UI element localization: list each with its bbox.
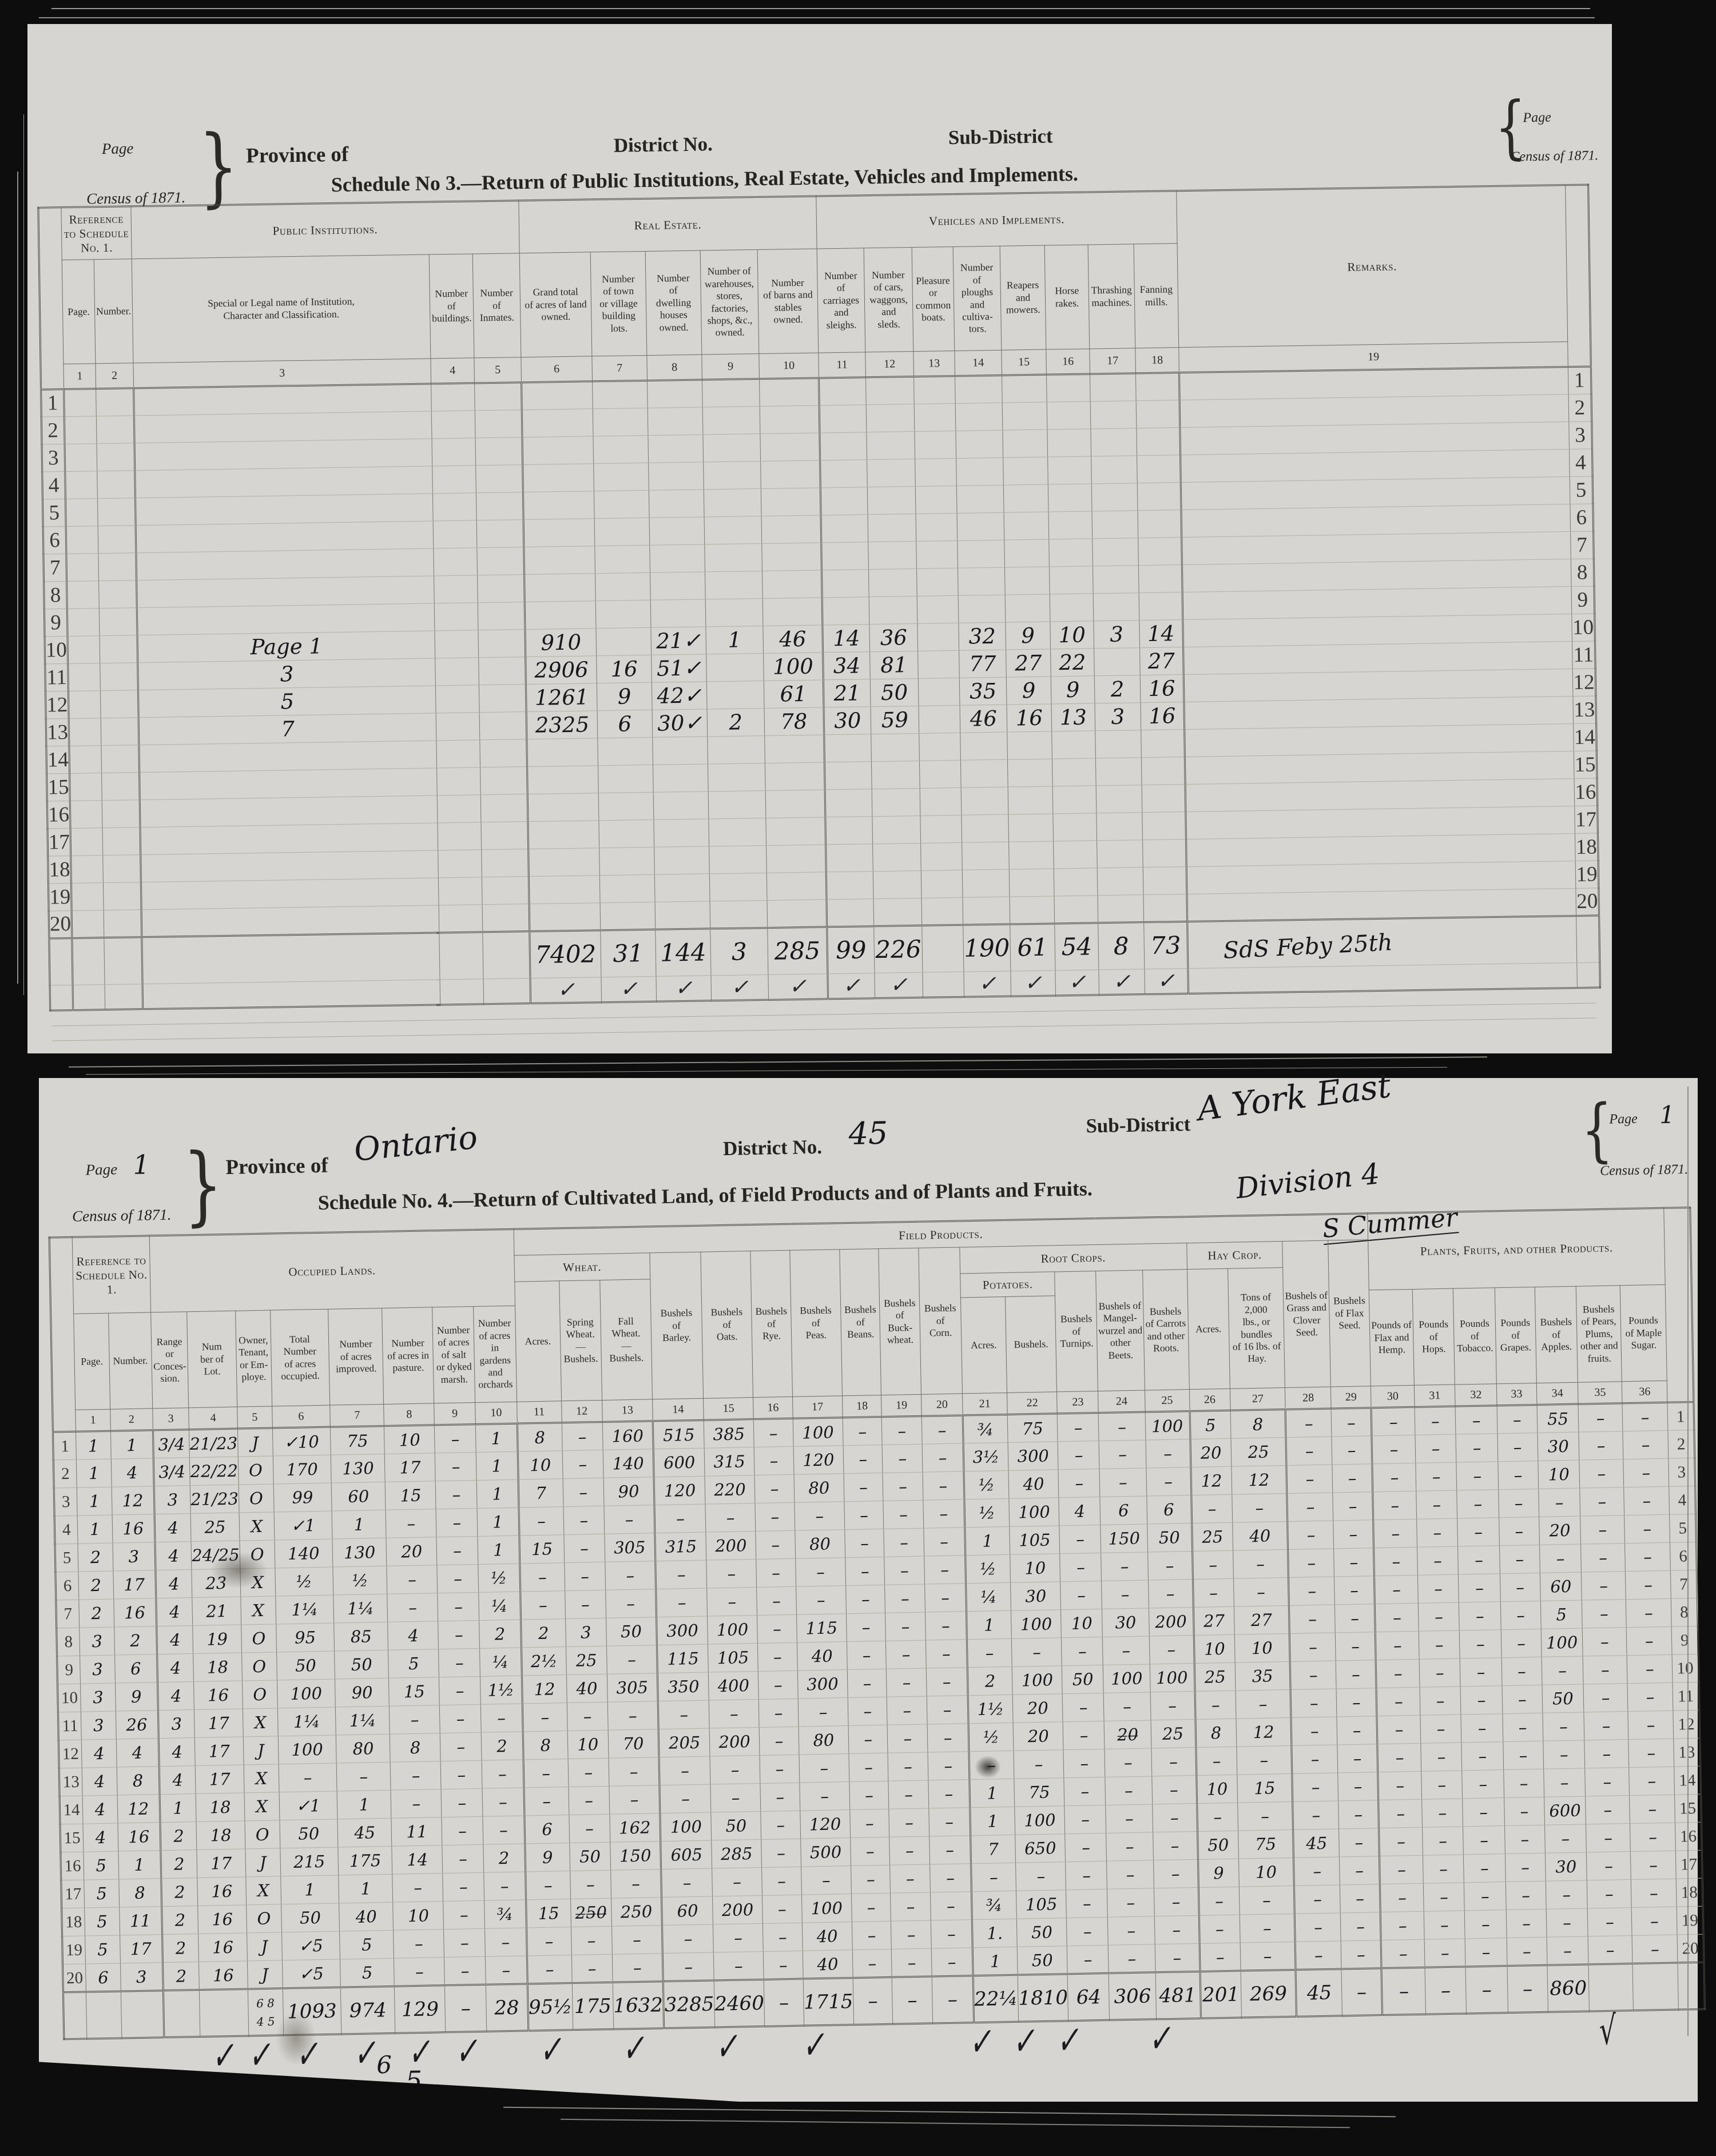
sheet-edge-line xyxy=(1687,1087,1689,2036)
cell-r5-c31: – xyxy=(1417,1518,1458,1547)
cell-r20-c13 xyxy=(921,897,963,925)
cell-r9-c23: – xyxy=(1062,1637,1103,1665)
cell-r3-c5: O xyxy=(239,1484,274,1513)
cell-r2-c5 xyxy=(475,410,522,438)
cell-r1-c10: 1 xyxy=(476,1423,518,1452)
cell-r5-c17 xyxy=(1091,483,1138,511)
cell-r14-c25: – xyxy=(1151,1775,1197,1804)
cell-r7-c5: X xyxy=(241,1596,276,1625)
cell-r3-c9 xyxy=(703,433,761,462)
cell-r5-c32: – xyxy=(1457,1518,1500,1546)
cell-r2-c21: 3½ xyxy=(963,1442,1008,1471)
cell-r4-c15: – xyxy=(705,1503,756,1533)
cell-r18-c10 xyxy=(766,845,827,873)
cell-r12-c5 xyxy=(479,685,526,713)
check-c3 xyxy=(142,980,440,1009)
column-number: 1 xyxy=(63,364,96,389)
cell-r19-c16: – xyxy=(763,1923,803,1951)
cell-r6-c11: – xyxy=(519,1563,565,1592)
cell-r15-c26: – xyxy=(1197,1803,1238,1831)
row-number-right: 1 xyxy=(1667,1402,1694,1430)
col-page: Page. xyxy=(74,1313,110,1410)
cell-r17-c9 xyxy=(709,818,766,846)
row-number-right: 16 xyxy=(1574,778,1598,806)
cell-r4-c4: 25 xyxy=(190,1513,239,1542)
cell-r5-c5: O xyxy=(240,1540,275,1569)
cell-r11-c33: – xyxy=(1502,1685,1543,1713)
cell-r3-c5 xyxy=(475,437,523,466)
cell-r9-c3: 4 xyxy=(157,1654,193,1682)
total-c12: 175 xyxy=(572,1982,614,2030)
cell-r6-c35: – xyxy=(1581,1544,1626,1572)
cell-r3-c36: – xyxy=(1623,1458,1669,1487)
cell-r12-c10: 2 xyxy=(481,1732,523,1760)
cell-r13-c27: – xyxy=(1237,1745,1292,1775)
cell-r12-c14: 35 xyxy=(959,677,1007,705)
row-number-left: 14 xyxy=(46,746,70,774)
cell-r5-c3: 4 xyxy=(155,1542,192,1570)
cell-r19-c17: 40 xyxy=(802,1922,852,1951)
cell-r19-c14: – xyxy=(662,1924,713,1954)
cell-r19-c23: – xyxy=(1067,1917,1109,1946)
margin-check-c11: ✓ xyxy=(530,2026,571,2073)
cell-r11-c23: – xyxy=(1063,1693,1105,1721)
cell-r9-c11 xyxy=(822,597,869,625)
cell-r11-c34: 50 xyxy=(1542,1684,1584,1713)
cell-r17-c31: – xyxy=(1423,1855,1464,1883)
cell-r4-c11 xyxy=(820,460,868,488)
cell-r3-c14 xyxy=(956,430,1003,458)
cell-r2-c1: 1 xyxy=(77,1459,112,1487)
cell-r15-c25: – xyxy=(1152,1803,1197,1832)
cell-r15-c6: 50 xyxy=(280,1819,338,1848)
cell-r2-c34: 30 xyxy=(1538,1432,1580,1461)
cell-r12-c6: 1261 xyxy=(526,683,597,712)
check-c4 xyxy=(440,979,484,1005)
cell-r2-c4: 22/22 xyxy=(190,1457,239,1486)
cell-r16-c1: 5 xyxy=(84,1851,118,1880)
cell-r3-c26: 12 xyxy=(1191,1466,1232,1495)
cell-r3-c14: 120 xyxy=(654,1476,705,1505)
total-c15: 61 xyxy=(1010,924,1055,971)
cell-r7-c36: – xyxy=(1625,1570,1671,1599)
cell-r20-c30: – xyxy=(1381,1939,1425,1968)
corner-page-label: Page xyxy=(1609,1112,1638,1128)
cell-r9-c15: 105 xyxy=(708,1643,758,1672)
cell-r14-c28: – xyxy=(1292,1773,1338,1801)
row-number-right: 12 xyxy=(1673,1710,1699,1739)
row-number-left: 8 xyxy=(44,581,67,609)
cell-r11-c10: 100 xyxy=(764,653,824,681)
cell-r16-c3 xyxy=(140,795,438,828)
cell-r1-c17: 100 xyxy=(793,1418,843,1447)
cell-r16-c14 xyxy=(961,787,1008,815)
group-reference: Reference to Schedule No. 1. xyxy=(61,206,132,260)
cell-r18-c6: 50 xyxy=(281,1903,339,1932)
row-number-left: 7 xyxy=(43,554,67,582)
cell-r12-c18: 16 xyxy=(1140,675,1184,703)
cell-r2-c5: O xyxy=(238,1456,273,1485)
cell-r12-c24: 2̶0̶ xyxy=(1105,1720,1151,1749)
total-c34: 860 xyxy=(1547,1964,1590,2012)
col-buildings: Number of buildings. xyxy=(429,254,474,359)
cell-r10-c18: – xyxy=(847,1669,887,1697)
cell-r13-c14: – xyxy=(659,1756,710,1785)
cell-r13-c8: 30✓ xyxy=(652,709,708,737)
cell-r18-c24: – xyxy=(1107,1888,1154,1917)
cell-r16-c15 xyxy=(1008,786,1053,814)
cell-r7-c9 xyxy=(705,543,762,571)
subdistrict-handwritten: A York East xyxy=(1195,1066,1393,1128)
cell-r5-c8: 20 xyxy=(386,1537,437,1566)
cell-r13-c29: – xyxy=(1337,1744,1378,1773)
cell-r6-c18: – xyxy=(845,1557,885,1585)
cell-r2-c33: – xyxy=(1497,1433,1538,1461)
row-number-right: 2 xyxy=(1568,394,1592,422)
cell-r8-c22: 100 xyxy=(1011,1610,1061,1639)
cell-r19-c30: – xyxy=(1380,1911,1424,1940)
column-number: 9 xyxy=(702,353,760,379)
margin-check-c17: ✓ xyxy=(790,2021,836,2068)
cell-r9-c9 xyxy=(705,598,763,626)
cell-r1-c34: 55 xyxy=(1537,1404,1579,1433)
cell-r15-c5: O xyxy=(245,1820,280,1849)
cell-r13-c17: – xyxy=(799,1754,849,1783)
cell-r11-c13: – xyxy=(607,1701,658,1731)
cell-r3-c2 xyxy=(97,443,135,471)
corner-brace: { xyxy=(1580,1096,1613,1165)
cell-r8-c3 xyxy=(137,576,435,608)
cell-r10-c6: 100 xyxy=(277,1679,335,1708)
page-label: Page xyxy=(102,140,134,158)
col-grapes: Pounds of Grapes. xyxy=(1495,1287,1536,1383)
cell-r16-c6 xyxy=(527,793,599,822)
cell-r2-c13 xyxy=(914,403,956,431)
group-hay-crop: Hay Crop. xyxy=(1186,1242,1283,1270)
cell-r7-c20: – xyxy=(925,1584,966,1612)
cell-r10-c28: – xyxy=(1290,1661,1336,1689)
cell-r15-c7: 45 xyxy=(337,1818,392,1847)
column-number: 6 xyxy=(272,1405,330,1428)
cell-r8-c32: – xyxy=(1459,1602,1501,1630)
cell-r1-c5 xyxy=(475,383,522,411)
total-c12: 226 xyxy=(874,925,923,973)
total-c26: 201 xyxy=(1200,1971,1242,2018)
row-number-right: 7 xyxy=(1671,1570,1697,1598)
column-number: 32 xyxy=(1455,1384,1497,1406)
cell-r17-c36: – xyxy=(1630,1851,1676,1879)
cell-r20-c5 xyxy=(482,904,530,932)
cell-r8-c17: 115 xyxy=(796,1614,847,1643)
cell-r1-c17 xyxy=(1090,373,1136,401)
total-c5 xyxy=(483,932,530,979)
cell-r8-c24: 30 xyxy=(1102,1608,1149,1637)
total-c16: 54 xyxy=(1055,923,1099,970)
cell-r12-c4 xyxy=(435,685,479,713)
cell-r12-c1 xyxy=(68,691,101,719)
cell-r19-c7: 5 xyxy=(340,1930,394,1959)
total-c15: 2460 xyxy=(714,1979,765,2027)
cell-r10-c16: 10 xyxy=(1050,621,1094,649)
cell-r12-c14: 205 xyxy=(658,1728,709,1757)
cell-r14-c11 xyxy=(824,734,872,762)
row-number-left: 13 xyxy=(46,718,69,746)
cell-r2-c12 xyxy=(866,404,915,432)
cell-r19-c9 xyxy=(709,873,767,901)
total-c9: – xyxy=(445,1984,487,2032)
cell-r16-c17 xyxy=(1096,785,1142,813)
cell-r4-c9: – xyxy=(436,1508,478,1537)
cell-r8-c13: 50 xyxy=(606,1617,657,1646)
col-fanning-mills: Fanning mills. xyxy=(1134,244,1179,348)
cell-r11-c14: 77 xyxy=(959,650,1007,678)
cell-r18-c14: 60 xyxy=(662,1896,713,1926)
cell-r14-c12: – xyxy=(569,1786,610,1815)
cell-r7-c2 xyxy=(98,553,137,581)
cell-r5-c11 xyxy=(820,487,868,515)
cell-r12-c15: 200 xyxy=(709,1727,760,1756)
cell-r4-c7 xyxy=(594,463,649,491)
cell-r15-c31: – xyxy=(1422,1799,1463,1827)
cell-r15-c34: 600 xyxy=(1544,1796,1586,1825)
margin-check-c14 xyxy=(654,2023,702,2071)
cell-r7-c7 xyxy=(595,545,650,573)
cell-r3-c6 xyxy=(522,436,594,465)
col-turnips: Bushels of Turnips. xyxy=(1055,1271,1098,1392)
cell-r2-c11 xyxy=(819,405,867,433)
column-number: 8 xyxy=(647,355,702,380)
cell-r13-c11: – xyxy=(523,1759,569,1788)
cell-r20-c17: 40 xyxy=(803,1950,853,1979)
cell-r14-c1 xyxy=(69,746,102,774)
cell-r17-c5: X xyxy=(246,1876,281,1905)
cell-r14-c31: – xyxy=(1421,1771,1463,1799)
row-number-right: 4 xyxy=(1569,449,1592,477)
col-acres-owned: Grand total of acres of land owned. xyxy=(519,252,592,357)
cell-r15-c18: – xyxy=(850,1809,889,1837)
check-c11: ✓ xyxy=(828,973,875,999)
column-number: 8 xyxy=(384,1403,435,1426)
cell-r12-c32: – xyxy=(1461,1714,1503,1743)
cell-r15-c9: – xyxy=(442,1816,483,1845)
cell-r4-c20: – xyxy=(923,1499,964,1528)
cell-r18-c33: – xyxy=(1506,1881,1546,1910)
cell-r19-c20: – xyxy=(931,1920,972,1948)
cell-r11-c18: 27 xyxy=(1140,647,1184,675)
cell-r14-c4: 18 xyxy=(196,1793,244,1822)
cell-r10-c8: 21✓ xyxy=(651,627,706,655)
cell-r8-c13 xyxy=(916,568,958,596)
cell-r13-c1: 4 xyxy=(82,1767,117,1796)
cell-r6-c17 xyxy=(1092,511,1138,539)
cell-r10-c24: 100 xyxy=(1103,1664,1150,1693)
cell-r1-c3 xyxy=(134,384,432,416)
cell-r1-c6: ✓10 xyxy=(272,1427,331,1456)
cell-r13-c21: – xyxy=(969,1751,1014,1779)
cell-r3-c8 xyxy=(648,435,704,463)
column-number: 17 xyxy=(792,1396,843,1419)
cell-r18-c30: – xyxy=(1380,1883,1424,1912)
cell-r15-c24: – xyxy=(1106,1804,1153,1833)
cell-r10-c3: Page 1 xyxy=(137,631,435,663)
cell-r20-c27: – xyxy=(1240,1942,1296,1971)
row-number-left: 17 xyxy=(47,828,71,856)
column-number: 2 xyxy=(110,1409,153,1431)
cell-r14-c3 xyxy=(139,741,437,773)
cell-r14-c7: 1 xyxy=(337,1790,391,1819)
row-number-right: 18 xyxy=(1575,833,1598,861)
column-number: 20 xyxy=(921,1394,963,1416)
row-number-left: 6 xyxy=(43,527,66,555)
cell-r9-c19: – xyxy=(886,1640,927,1669)
cell-r1-c15 xyxy=(1002,375,1047,403)
cell-r19-c17 xyxy=(1097,868,1143,896)
cell-r4-c8: – xyxy=(386,1509,436,1538)
cell-r9-c18: – xyxy=(847,1641,887,1669)
cell-r9-c12 xyxy=(869,596,917,624)
col-salt-marsh: Number of acres of salt or dyked marsh. xyxy=(432,1306,475,1403)
cell-r4-c1 xyxy=(65,471,98,499)
cell-r12-c27: 12 xyxy=(1236,1717,1292,1747)
cell-r1-c11: 8 xyxy=(517,1423,562,1451)
cell-r3-c1 xyxy=(65,444,97,472)
cell-r4-c19: – xyxy=(883,1500,924,1529)
cell-r16-c24: – xyxy=(1106,1832,1153,1861)
cell-r20-c4 xyxy=(439,905,483,933)
cell-r19-c33: – xyxy=(1506,1909,1547,1938)
cell-r13-c33: – xyxy=(1503,1741,1544,1769)
cell-r12-c36: – xyxy=(1628,1711,1674,1739)
district-label: District No. xyxy=(723,1136,823,1160)
cell-r1-c10 xyxy=(759,378,819,407)
cell-r10-c5 xyxy=(478,630,526,658)
cell-r4-c33: – xyxy=(1499,1489,1539,1517)
column-number: 12 xyxy=(561,1400,602,1422)
schedule-4-title: Schedule No. 4.—Return of Cultivated Lan… xyxy=(317,1176,1093,1215)
cell-r10-c15: 400 xyxy=(708,1671,758,1700)
cell-r3-c21: ½ xyxy=(964,1470,1009,1499)
cell-r1-c2: 1 xyxy=(110,1430,153,1459)
column-number: 5 xyxy=(474,357,522,383)
row-number-left: 5 xyxy=(55,1544,78,1572)
cell-r19-c11: – xyxy=(526,1927,571,1956)
col-beans: Bushels of Beans. xyxy=(840,1248,881,1395)
cell-r16-c35: – xyxy=(1586,1824,1631,1852)
cell-r10-c35: – xyxy=(1583,1656,1627,1684)
schedule-4-header: Reference to Schedule No. 1. Occupied La… xyxy=(49,1207,1694,1432)
col-potato-acres: Acres. xyxy=(960,1296,1007,1393)
row-number-right: 8 xyxy=(1671,1598,1698,1626)
cell-r18-c23: – xyxy=(1066,1889,1108,1918)
cell-r6-c23: – xyxy=(1060,1553,1102,1581)
schedule-4-table: Reference to Schedule No. 1. Occupied La… xyxy=(49,1207,1706,2040)
cell-r14-c24: – xyxy=(1105,1776,1152,1805)
cell-r11-c20: – xyxy=(927,1696,968,1724)
schedule-3-content: Page Census of 1871. } Province of Distr… xyxy=(20,1,1619,1053)
cell-r13-c3: 7 xyxy=(138,713,436,745)
total-c18: – xyxy=(853,1977,893,2024)
cell-r9-c6: 50 xyxy=(276,1651,335,1680)
cell-r15-c11 xyxy=(824,762,872,790)
cell-r8-c4 xyxy=(434,575,478,603)
cell-r14-c12 xyxy=(871,733,920,761)
cell-r9-c20: – xyxy=(926,1640,967,1668)
cell-r15-c8 xyxy=(653,764,708,792)
cell-r18-c29: – xyxy=(1340,1884,1381,1913)
cell-r9-c21: – xyxy=(967,1638,1012,1667)
cell-r16-c14: 605 xyxy=(661,1840,712,1869)
cell-r16-c4: 17 xyxy=(197,1849,245,1878)
cell-r10-c33: – xyxy=(1501,1657,1542,1685)
cell-r8-c27: 27 xyxy=(1234,1605,1289,1634)
column-number: 24 xyxy=(1098,1390,1145,1413)
cell-r13-c2 xyxy=(101,718,139,746)
cell-r15-c16: – xyxy=(761,1811,800,1839)
cell-r14-c5 xyxy=(480,739,527,767)
column-number: 21 xyxy=(962,1393,1007,1415)
cell-r11-c29: – xyxy=(1336,1688,1377,1717)
scanned-census-register: { "s3": { "hdr": { "page": "Page", "cens… xyxy=(0,0,1716,2156)
cell-r8-c23: 10 xyxy=(1061,1609,1103,1637)
cell-r16-c23: – xyxy=(1065,1833,1107,1861)
cell-r20-c5: J xyxy=(247,1960,283,1989)
total-c22: 1810 xyxy=(1018,1974,1068,2022)
row-number-right: 10 xyxy=(1672,1654,1698,1682)
row-number-left: 7 xyxy=(56,1600,80,1628)
row-number-left: 18 xyxy=(62,1908,85,1936)
cell-r15-c3: 2 xyxy=(160,1822,197,1851)
cell-r2-c15: 315 xyxy=(704,1447,754,1477)
total-c35 xyxy=(1588,1964,1633,2011)
check-c12: ✓ xyxy=(875,972,923,998)
check-c16: ✓ xyxy=(1055,970,1099,996)
cell-r10-c15: 9 xyxy=(1006,622,1051,650)
row-margin xyxy=(50,985,73,1011)
cell-r16-c12 xyxy=(872,788,920,816)
cell-r14-c33: – xyxy=(1504,1769,1544,1797)
column-number: 16 xyxy=(753,1397,793,1419)
cell-r20-c15: – xyxy=(713,1951,764,1980)
cell-r20-c36: – xyxy=(1632,1935,1678,1963)
cell-r6-c12: – xyxy=(565,1562,606,1590)
cell-r7-c15 xyxy=(1004,539,1050,567)
cell-r18-c8: 10 xyxy=(393,1902,444,1931)
cell-r5-c14: 315 xyxy=(655,1532,706,1561)
cell-r14-c16 xyxy=(1052,731,1096,759)
cell-r18-c3: 2 xyxy=(162,1906,198,1935)
cell-r15-c1 xyxy=(70,773,102,801)
cell-r1-c20: – xyxy=(921,1415,963,1444)
cell-r7-c17 xyxy=(1093,538,1139,566)
cell-r17-c17 xyxy=(1097,813,1143,841)
col-wheat-acres: Acres. xyxy=(514,1281,561,1402)
row-number-left: 14 xyxy=(59,1796,83,1824)
cell-r7-c3 xyxy=(136,548,434,580)
row-number-left: 6 xyxy=(55,1572,79,1600)
cell-r3-c16: – xyxy=(754,1474,794,1503)
cell-r15-c1: 4 xyxy=(83,1823,118,1852)
cell-r15-c11: 6 xyxy=(524,1815,569,1844)
row-number-left: 3 xyxy=(54,1487,77,1516)
check-c18: ✓ xyxy=(1145,968,1189,994)
cell-r16-c16 xyxy=(1052,786,1097,814)
district-label: District No. xyxy=(614,133,713,157)
cell-r9-c28: – xyxy=(1290,1633,1336,1661)
cell-r17-c21: – xyxy=(971,1863,1016,1891)
cell-r9-c1 xyxy=(67,608,100,637)
col-rye: Bushels of Rye. xyxy=(750,1250,792,1397)
cell-r4-c3: 4 xyxy=(154,1514,191,1542)
